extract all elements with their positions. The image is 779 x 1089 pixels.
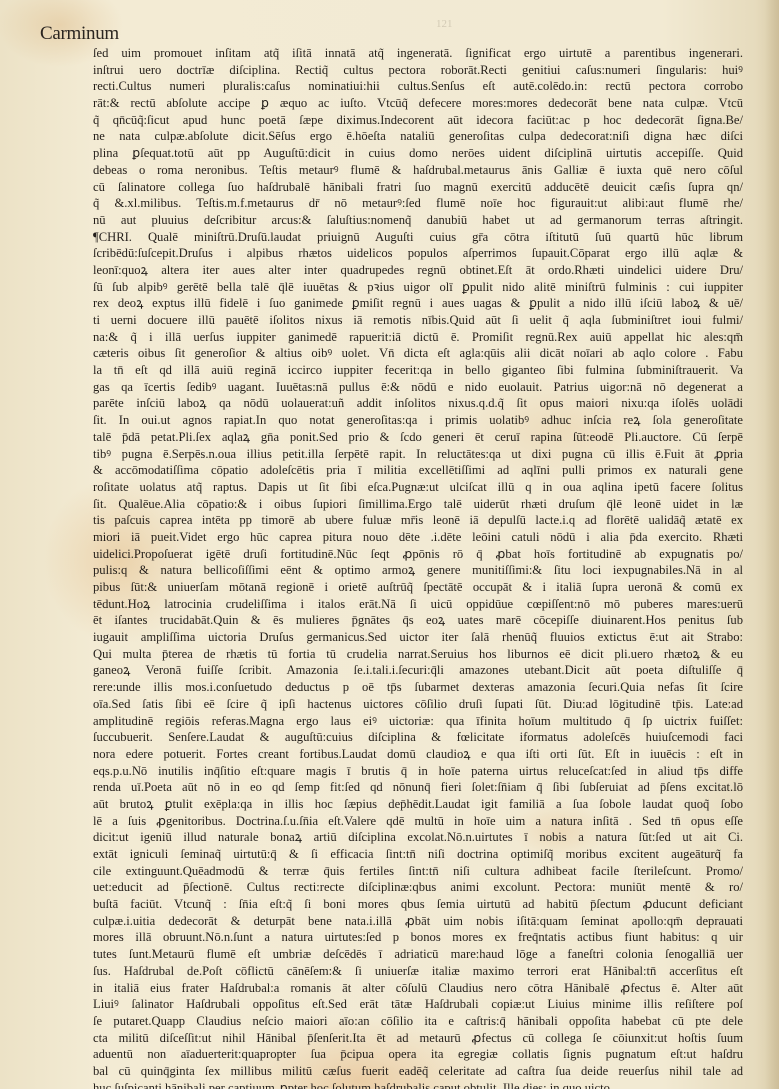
text-line: cū ſalinatore collega ſuo haſdrubalē hān…	[93, 179, 743, 196]
text-line: mores illā obruunt.Nō.n.ſunt a natura ui…	[93, 929, 743, 946]
text-line: ſe putaret.Quapp Claudius neſcio maiori …	[93, 1013, 743, 1030]
text-line: huc ſuſpicanti hānibali per captiuum ꝓpt…	[93, 1080, 743, 1089]
text-line: renda uī.Poeta aūt nō in eo qd ſemp fit:…	[93, 779, 743, 796]
text-line: rāt:& rectū abſolute accipe ꝑ æquo ac iu…	[93, 95, 743, 112]
text-line: ganeoꝝ Veronā fuiſſe ſcribit. Amazonia ſ…	[93, 662, 743, 679]
text-line: iugauit ampliſſima uictoria Druſus germa…	[93, 629, 743, 646]
text-line: cta militū diſceſſit:ut nihil Hānibal p̄…	[93, 1030, 743, 1047]
text-line: culpæ.i.uitia dedecorāt & deturpāt bene …	[93, 913, 743, 930]
text-line: gas qa īcertis ſedibꝰ uagant. Iuuētas:nā…	[93, 379, 743, 396]
text-line: nora edere potuerit. Fortes creant forti…	[93, 746, 743, 763]
text-line: plina ꝑſequat.totū aūt pp Auguſtū:dicit …	[93, 145, 743, 162]
text-line: tēdunt.Hoꝝ latrocinia crudeliſſima i ita…	[93, 596, 743, 613]
commentary-text-block: ſed uim promouet inſitam atq̃ iſitā inna…	[93, 45, 743, 1089]
text-line: rex deoꝝ exptus illū fidelē i ſuo ganime…	[93, 295, 743, 312]
text-line: dicit:ut igeniū illud naturale bonaꝝ art…	[93, 829, 743, 846]
text-line: tis paſcuis caprea intēta pp timorē ab u…	[93, 512, 743, 529]
text-line: aūt brutoꝝ ꝑtulit exēpla:qa in illis hoc…	[93, 796, 743, 813]
text-line: oīa.Sed ſatis ſibi eē ſcire q̃ ipſi hact…	[93, 696, 743, 713]
text-line: amplitudinē regiōis referas.Magna ergo l…	[93, 713, 743, 730]
text-line: inſtrui uero doctrīæ diſciplina. Rectiq̃…	[93, 62, 743, 79]
text-line: ſit. Qualēue.Alia cōpatio:& i oibus ſupi…	[93, 496, 743, 513]
text-line: debeas o roma neronibus. Teſtis metaurꝰ …	[93, 162, 743, 179]
text-line: in italiā eius frater Haſdrubal:a romani…	[93, 980, 743, 997]
text-line: leonī:quoꝝ altera iter aues alter inter …	[93, 262, 743, 279]
text-line: nū aut pluuius deſcribitur arcus:& ſaluſ…	[93, 212, 743, 229]
text-line: bal cū quinq̄ginta ſex millibus militū c…	[93, 1063, 743, 1080]
text-line: miori iā pueit.Videt ergo hūc caprea pit…	[93, 529, 743, 546]
text-line: na:& q̃ i illā uerſus iuppiter ganimedē …	[93, 329, 743, 346]
text-line: ēt iſantes trucidabāt.Quin & ēs mulieres…	[93, 612, 743, 629]
text-line: rere:unde illis mos.i.conſuetudo deductu…	[93, 679, 743, 696]
text-line: aduentū non aīaduerterit:quapropter ſua …	[93, 1046, 743, 1063]
text-line: ſed uim promouet inſitam atq̃ iſitā inna…	[93, 45, 743, 62]
book-page: Carminum 121 ſed uim promouet inſitam at…	[0, 0, 779, 1089]
text-line: ſū ſub alpibꝰ gerētē bella talē q̄lē iuu…	[93, 279, 743, 296]
text-line: parēte inſciū laboꝝ qa nōdū uolauerat:uñ…	[93, 395, 743, 412]
text-line: eqs.p.u.Nō inutilis inq̄ſitio eſt:quare …	[93, 763, 743, 780]
text-line: pibus ſūt:& uniuerſam mōtanā regionē i o…	[93, 579, 743, 596]
text-line: Liuiꝰ ſalinator Haſdrubali oppoſitus eſt…	[93, 996, 743, 1013]
text-line: tutes ſunt.Metaurū flumē eſt umbriæ deſc…	[93, 946, 743, 963]
text-line: Qui multa p̄terea de rhætis tū fortia tū…	[93, 646, 743, 663]
text-line: uidelici.Propoſuerat igētē druſi fortitu…	[93, 546, 743, 563]
page-edge-shadow	[765, 0, 779, 1089]
text-line: ti uerni docuere illū pauētē iſolitos ni…	[93, 312, 743, 329]
text-line: la tn̄ eſt qd illā auiū reginā iccirco i…	[93, 362, 743, 379]
text-line: ¶CHRI. Qualē miniſtrū.Druſū.laudat priui…	[93, 229, 743, 246]
text-line: roſitate uolatus atq̃ raptus. Dapis ut ſ…	[93, 479, 743, 496]
text-line: buſtā faciūt. Vtcunq̃ : ſn̄ia eſt:q̃ ſi …	[93, 896, 743, 913]
text-line: ſuccubuerit. Senſere.Laudat & auguſtū:cu…	[93, 729, 743, 746]
text-line: cile extinguunt.Quēadmodū & terræ q̄uis …	[93, 863, 743, 880]
text-line: ſcribēdū:ſuſcepit.Druſus i alpibus rhæto…	[93, 245, 743, 262]
text-line: tibꝰ pugna ē.Serpēs.n.oua illius petit.i…	[93, 446, 743, 463]
text-line: & accōmodatiſſima cōpatio adoleſcētis pr…	[93, 462, 743, 479]
text-line: ne nata culpæ.abſolute dicit.Sēſus ergo …	[93, 128, 743, 145]
text-line: recti.Cultus numeri pluralis:caſus nomin…	[93, 78, 743, 95]
ghost-folio-show-through: 121	[436, 18, 453, 30]
text-line: lē a ſuis ꝓgenitoribus. Doctrina.ſ.u.ſn̄…	[93, 813, 743, 830]
text-line: talē p̄dā petat.Pli.ſex aqlaꝝ gn̄a ponit…	[93, 429, 743, 446]
text-line: q̃ qn̄cūq̃:ſicut apud hunc poetā ſæpe di…	[93, 112, 743, 129]
text-line: uet:educit ad p̄ſectionē. Cultus recti:r…	[93, 879, 743, 896]
text-line: extāt igniculi ſeminaq̃ uirtutū:q̄ & ſi …	[93, 846, 743, 863]
text-line: pulis:q & natura bellicoſiſſimi eēnt & o…	[93, 562, 743, 579]
text-line: ſit. In oui.ut agnos rapiat.In quo notat…	[93, 412, 743, 429]
text-line: ſus. Haſdrubal de.Poſt cōflictū cānēſem:…	[93, 963, 743, 980]
text-line: cæteris oibus ſit generoſior & altius oi…	[93, 345, 743, 362]
text-line: q̃ &.xl.milibus. Teſtis.m.f.metaurus dr̄…	[93, 195, 743, 212]
running-head: Carminum	[40, 23, 119, 45]
